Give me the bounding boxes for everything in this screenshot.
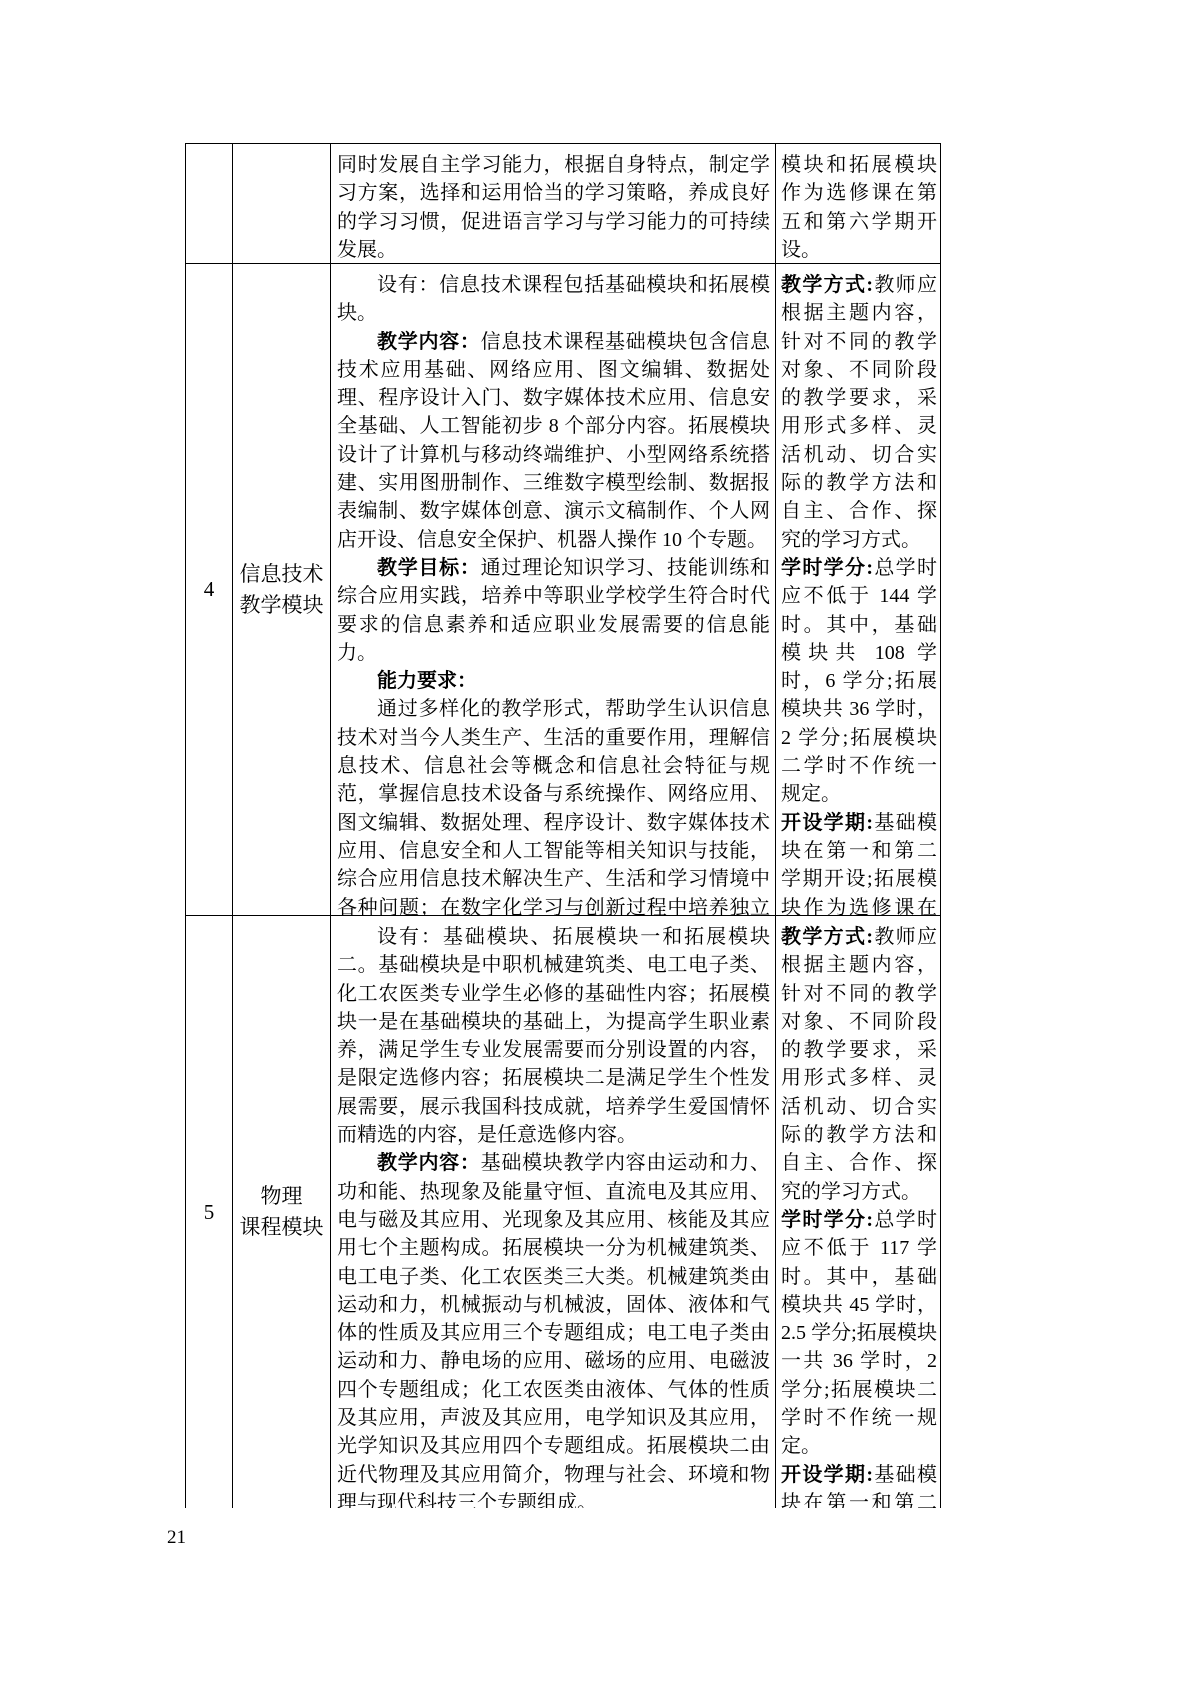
module-name-cell-4: 信息技术 教学模块 xyxy=(233,264,331,916)
paragraph: 通过多样化的教学形式，帮助学生认识信息技术对当今人类生产、生活的重要作用，理解信… xyxy=(337,695,770,916)
row-number-cell-4: 4 xyxy=(186,264,233,916)
paragraph: 开设学期:基础模块在第一和第二学期开设;拓展模块作为选修课在第五学期开设。 xyxy=(781,809,937,916)
paragraph: 模块和拓展模块作为选修课在第五和第六学期开设。 xyxy=(781,151,937,264)
side-cell-4: 教学方式:教师应根据主题内容，针对不同的教学对象、不同阶段的教学要求，采用形式多… xyxy=(776,264,941,916)
paragraph: 学时学分:总学时应不低于 117 学时。其中，基础模块共 45 学时，2.5 学… xyxy=(781,1206,937,1461)
paragraph-label: 教学内容： xyxy=(377,1152,481,1174)
content-cell-5: 设有：基础模块、拓展模块一和拓展模块二。基础模块是中职机械建筑类、电工电子类、化… xyxy=(331,916,776,1508)
paragraph-text: 教师应根据主题内容，针对不同的教学对象、不同阶段的教学要求，采用形式多样、灵活机… xyxy=(781,926,937,1203)
paragraph-label: 开设学期: xyxy=(781,812,873,834)
paragraph-label: 教学方式: xyxy=(781,274,873,296)
paragraph: 教学内容：信息技术课程基础模块包含信息技术应用基础、网络应用、图文编辑、数据处理… xyxy=(337,328,770,554)
paragraph: 能力要求： xyxy=(337,667,770,695)
module-name-cell-prev xyxy=(233,144,331,264)
paragraph: 开设学期:基础模块在第一和第二学期开设;拓展模 xyxy=(781,1461,937,1508)
paragraph-label: 能力要求： xyxy=(377,670,477,692)
paragraph-text: 教师应根据主题内容，针对不同的教学对象、不同阶段的教学要求，采用形式多样、灵活机… xyxy=(781,274,937,551)
content-cell-4: 设有：信息技术课程包括基础模块和拓展模块。 教学内容：信息技术课程基础模块包含信… xyxy=(331,264,776,916)
paragraph: 设有：信息技术课程包括基础模块和拓展模块。 xyxy=(337,271,770,328)
paragraph: 教学内容：基础模块教学内容由运动和力、功和能、热现象及能量守恒、直流电及其应用、… xyxy=(337,1149,770,1508)
row-number-cell-5: 5 xyxy=(186,916,233,1508)
paragraph: 同时发展自主学习能力，根据自身特点，制定学习方案，选择和运用恰当的学习策略，养成… xyxy=(337,151,770,264)
paragraph-text: 设有：信息技术课程包括基础模块和拓展模块。 xyxy=(337,274,770,324)
paragraph-label: 教学方式: xyxy=(781,926,873,948)
page-number: 21 xyxy=(167,1527,186,1549)
paragraph-text: 设有：基础模块、拓展模块一和拓展模块二。基础模块是中职机械建筑类、电工电子类、化… xyxy=(337,926,770,1146)
paragraph-text: 通过多样化的教学形式，帮助学生认识信息技术对当今人类生产、生活的重要作用，理解信… xyxy=(337,698,770,916)
paragraph: 教学目标：通过理论知识学习、技能训练和综合应用实践，培养中等职业学校学生符合时代… xyxy=(337,554,770,667)
side-cell-5: 教学方式:教师应根据主题内容，针对不同的教学对象、不同阶段的教学要求，采用形式多… xyxy=(776,916,941,1508)
module-name-cell-5: 物理 课程模块 xyxy=(233,916,331,1508)
paragraph-text: 总学时应不低于 144 学时。其中，基础模块共 108 学时，6 学分;拓展模块… xyxy=(781,557,937,805)
paragraph-text: 基础模块教学内容由运动和力、功和能、热现象及能量守恒、直流电及其应用、电与磁及其… xyxy=(337,1152,770,1508)
paragraph-text: 模块和拓展模块作为选修课在第五和第六学期开设。 xyxy=(781,154,937,261)
paragraph-text: 同时发展自主学习能力，根据自身特点，制定学习方案，选择和运用恰当的学习策略，养成… xyxy=(337,154,770,261)
paragraph-text: 总学时应不低于 117 学时。其中，基础模块共 45 学时，2.5 学分;拓展模… xyxy=(781,1209,937,1457)
paragraph-label: 学时学分: xyxy=(781,1209,873,1231)
side-cell-prev: 模块和拓展模块作为选修课在第五和第六学期开设。 xyxy=(776,144,941,264)
curriculum-table: 同时发展自主学习能力，根据自身特点，制定学习方案，选择和运用恰当的学习策略，养成… xyxy=(185,143,941,1508)
paragraph-text: 信息技术课程基础模块包含信息技术应用基础、网络应用、图文编辑、数据处理、程序设计… xyxy=(337,331,770,551)
paragraph: 教学方式:教师应根据主题内容，针对不同的教学对象、不同阶段的教学要求，采用形式多… xyxy=(781,923,937,1206)
row-number-cell-prev xyxy=(186,144,233,264)
paragraph-label: 开设学期: xyxy=(781,1464,873,1486)
content-cell-prev: 同时发展自主学习能力，根据自身特点，制定学习方案，选择和运用恰当的学习策略，养成… xyxy=(331,144,776,264)
paragraph: 设有：基础模块、拓展模块一和拓展模块二。基础模块是中职机械建筑类、电工电子类、化… xyxy=(337,923,770,1149)
paragraph: 教学方式:教师应根据主题内容，针对不同的教学对象、不同阶段的教学要求，采用形式多… xyxy=(781,271,937,554)
paragraph-label: 教学目标： xyxy=(377,557,481,579)
document-page: 同时发展自主学习能力，根据自身特点，制定学习方案，选择和运用恰当的学习策略，养成… xyxy=(0,0,1191,1684)
paragraph-label: 学时学分: xyxy=(781,557,873,579)
paragraph-label: 教学内容： xyxy=(377,331,481,353)
paragraph: 学时学分:总学时应不低于 144 学时。其中，基础模块共 108 学时，6 学分… xyxy=(781,554,937,809)
